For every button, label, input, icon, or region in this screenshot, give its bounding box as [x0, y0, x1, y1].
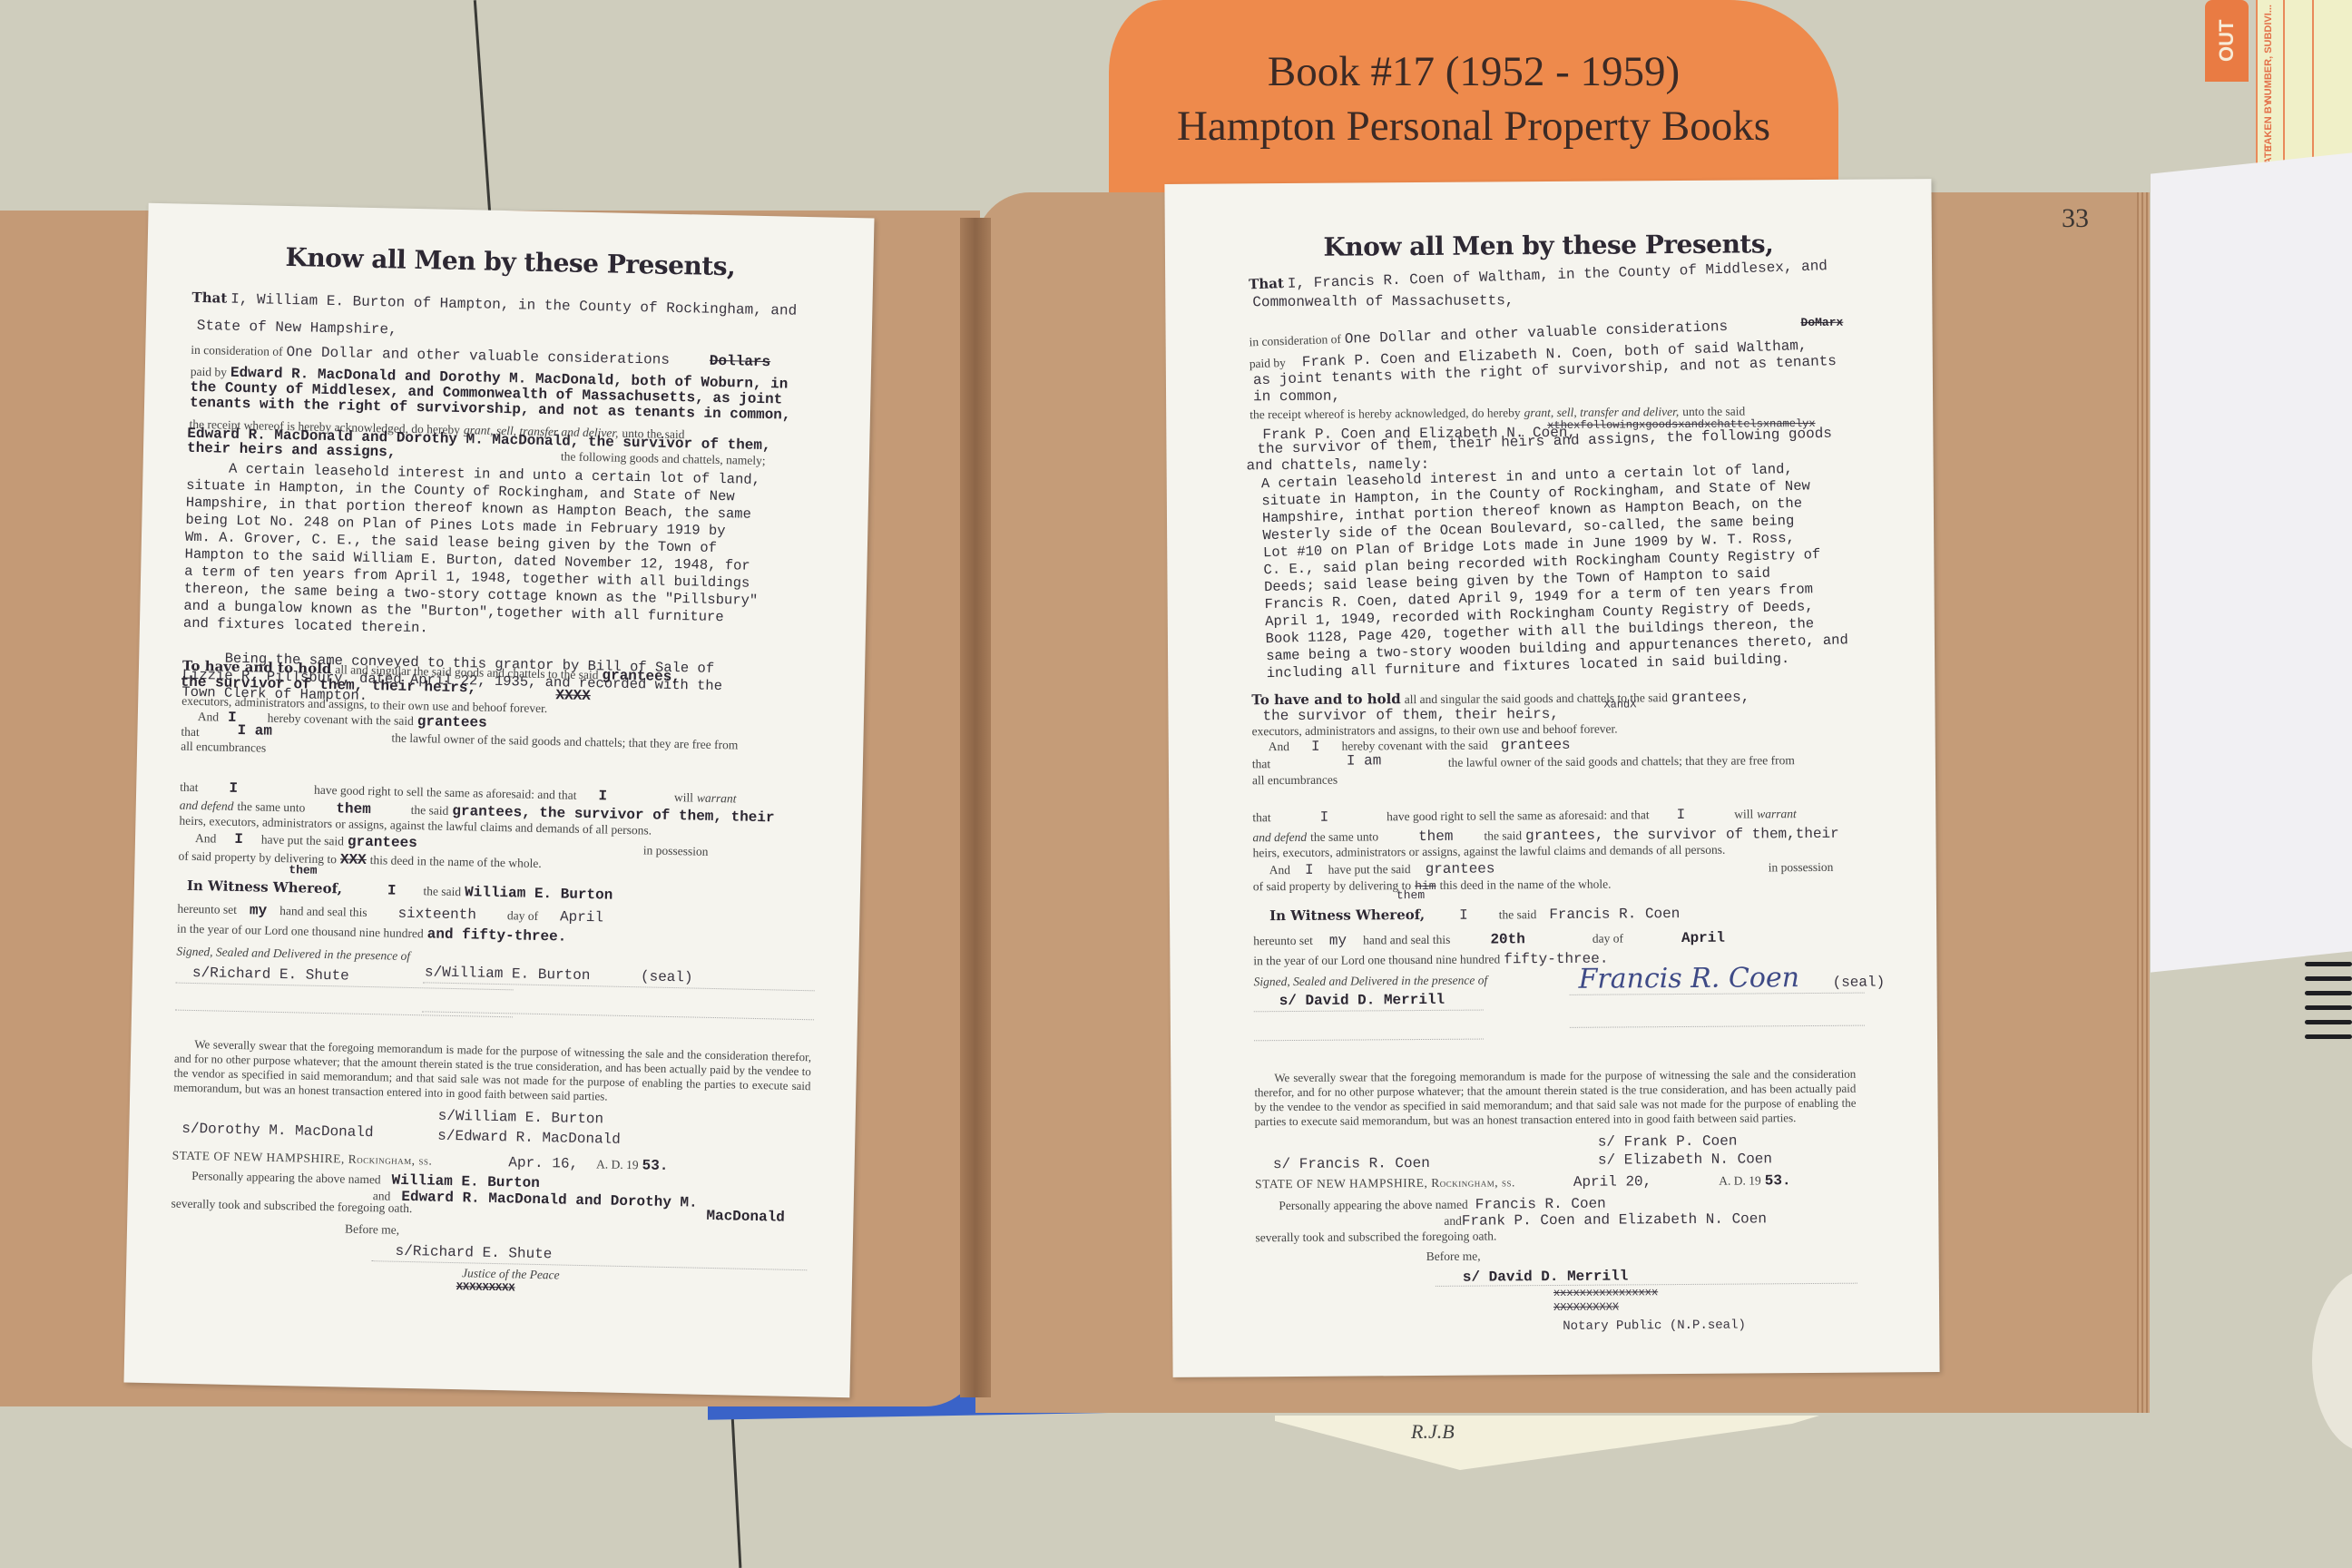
delivering-line: of said property by delivering to XXX th…	[178, 848, 541, 872]
grantees-line: their heirs and assigns,	[187, 440, 397, 461]
heirs-text: heirs, executors, administrators or assi…	[1253, 843, 1726, 861]
spiral-binding	[2305, 962, 2352, 1053]
officer-strike: XXXXXXXXXX	[1553, 1301, 1619, 1315]
in-possession: in possession	[1769, 860, 1834, 875]
state-line: STATE OF NEW HAMPSHIRE, Rockingham, ss. …	[1255, 1172, 1791, 1192]
tape-roll	[2312, 1270, 2352, 1452]
grantor-line-2: Commonwealth of Massachusetts,	[1252, 292, 1514, 310]
officer-title: Notary Public (N.P.seal)	[1563, 1318, 1746, 1334]
encumbrances-text: all encumbrances	[1252, 773, 1338, 789]
signature-line	[1254, 1010, 1484, 1013]
i-am: I am	[1347, 752, 1382, 769]
grantor-signature: s/William E. Burton	[425, 964, 591, 984]
sign-title: Book #17 (1952 - 1959)	[1109, 47, 1838, 96]
oath-paragraph: We severally swear that the foregoing me…	[1254, 1067, 1856, 1130]
sign-subtitle: Hampton Personal Property Books	[1109, 102, 1838, 151]
habendum-fill: the survivor of them, their heirs,	[1262, 706, 1559, 724]
officer-signature: s/ David D. Merrill	[1463, 1268, 1629, 1285]
property-description: A certain leasehold interest in and unto…	[1261, 459, 1849, 682]
deed-heading: Know all Men by these Presents,	[147, 240, 874, 285]
signed-sealed-text: Signed, Sealed and Delivered in the pres…	[176, 945, 410, 964]
year-line: in the year of our Lord one thousand nin…	[1253, 951, 1608, 970]
possession-line: And I have put the said grantees	[195, 830, 417, 851]
officer-strike: xxxxxxxxxxxxxxxx	[1553, 1286, 1658, 1299]
signature-line	[423, 982, 815, 991]
grantor-line-2: State of New Hampshire,	[197, 318, 397, 338]
signature-line	[371, 1260, 807, 1270]
loose-paper-sheet	[2151, 152, 2352, 972]
that-label: that	[1252, 757, 1270, 771]
took-oath-text: severally took and subscribed the forego…	[1255, 1229, 1496, 1245]
signature-line	[1570, 1025, 1865, 1028]
seal-label: (seal)	[1833, 974, 1886, 990]
officer-signature: s/Richard E. Shute	[395, 1243, 552, 1263]
right-line: that I have good right to sell the same …	[1252, 806, 1797, 826]
grantor-line: That I, William E. Burton of Hampton, in…	[191, 289, 797, 319]
habendum-strike: XandX	[1603, 698, 1636, 710]
out-card-column-label: NUMBER, SUBDIVI...	[2263, 5, 2274, 103]
year-line: in the year of our Lord one thousand nin…	[177, 921, 567, 946]
oath-signature: s/ Francis R. Coen	[1273, 1155, 1430, 1172]
out-card-tab: OUT	[2205, 0, 2249, 82]
paid-by-line: in common,	[1253, 388, 1340, 406]
appearing-line: Personally appearing the above named Wil…	[191, 1168, 540, 1191]
page-number: 33	[2062, 203, 2089, 234]
table-seam	[731, 1416, 742, 1568]
covenant-line: And I hereby covenant with the said gran…	[1269, 737, 1571, 755]
before-me: Before me,	[1426, 1249, 1481, 1264]
appearing-line-2: and Edward R. MacDonald and Dorothy M.	[373, 1188, 698, 1210]
seal-label: (seal)	[641, 968, 693, 985]
habendum-strike: XXXX	[555, 687, 591, 704]
consideration-strike: DoMarx	[1800, 316, 1843, 329]
signed-sealed-text: Signed, Sealed and Delivered in the pres…	[1254, 974, 1488, 990]
deed-right: Know all Men by these Presents, That I, …	[1164, 179, 1939, 1377]
possession-line: And I have put the said grantees	[1269, 860, 1495, 878]
witness-signature: s/ David D. Merrill	[1279, 992, 1445, 1009]
oath-paragraph: We severally swear that the foregoing me…	[173, 1037, 811, 1109]
grantor-line: That I, Francis R. Coen of Waltham, in t…	[1249, 257, 1828, 293]
delivering-over: them	[289, 863, 318, 877]
witness-signature: s/Richard E. Shute	[192, 965, 349, 985]
that-label: that	[181, 725, 200, 740]
delivering-line: of said property by delivering to him th…	[1253, 877, 1612, 896]
witness-line: In Witness Whereof, I the said William E…	[187, 877, 613, 904]
defend-line: and defend the same unto them the said g…	[1252, 826, 1838, 847]
tucked-note: R.J.B	[1275, 1416, 1819, 1470]
table-seam	[474, 0, 491, 213]
appearing-line-2: andFrank P. Coen and Elizabeth N. Coen	[1444, 1210, 1767, 1229]
lawful-owner-text: the lawful owner of the said goods and c…	[1448, 753, 1795, 770]
oath-signature: s/ Elizabeth N. Coen	[1598, 1151, 1772, 1168]
oath-signature: s/ Frank P. Coen	[1598, 1133, 1738, 1151]
deed-left: Know all Men by these Presents, That I, …	[123, 203, 874, 1397]
witness-line: In Witness Whereof, I the said Francis R…	[1269, 905, 1680, 925]
before-me: Before me,	[345, 1222, 399, 1238]
goods-label: the following goods and chattels, namely…	[561, 449, 766, 468]
delivering-over: them	[1396, 888, 1425, 902]
book-gutter	[960, 218, 991, 1397]
oath-signature: s/Edward R. MacDonald	[437, 1128, 621, 1148]
oath-signature: s/Dorothy M. MacDonald	[181, 1121, 374, 1141]
lawful-owner-text: the lawful owner of the said goods and c…	[391, 731, 738, 753]
in-possession: in possession	[643, 843, 709, 858]
handwritten-signature: Francis R. Coen	[1578, 962, 1799, 995]
appearing-name-3: MacDonald	[706, 1208, 785, 1226]
tucked-note-text: R.J.B	[1411, 1420, 1455, 1444]
oath-signature: s/William E. Burton	[438, 1108, 604, 1128]
encumbrances-text: all encumbrances	[181, 740, 266, 756]
signature-line	[175, 1010, 513, 1018]
hereunto-line: hereunto set my hand and seal this 20th …	[1253, 930, 1725, 950]
i-am: I am	[237, 722, 272, 740]
signature-line	[1254, 1039, 1484, 1042]
out-card-column-label: TAKEN BY	[2263, 100, 2274, 150]
officer-strike: XXXXXXXXX	[456, 1280, 515, 1294]
